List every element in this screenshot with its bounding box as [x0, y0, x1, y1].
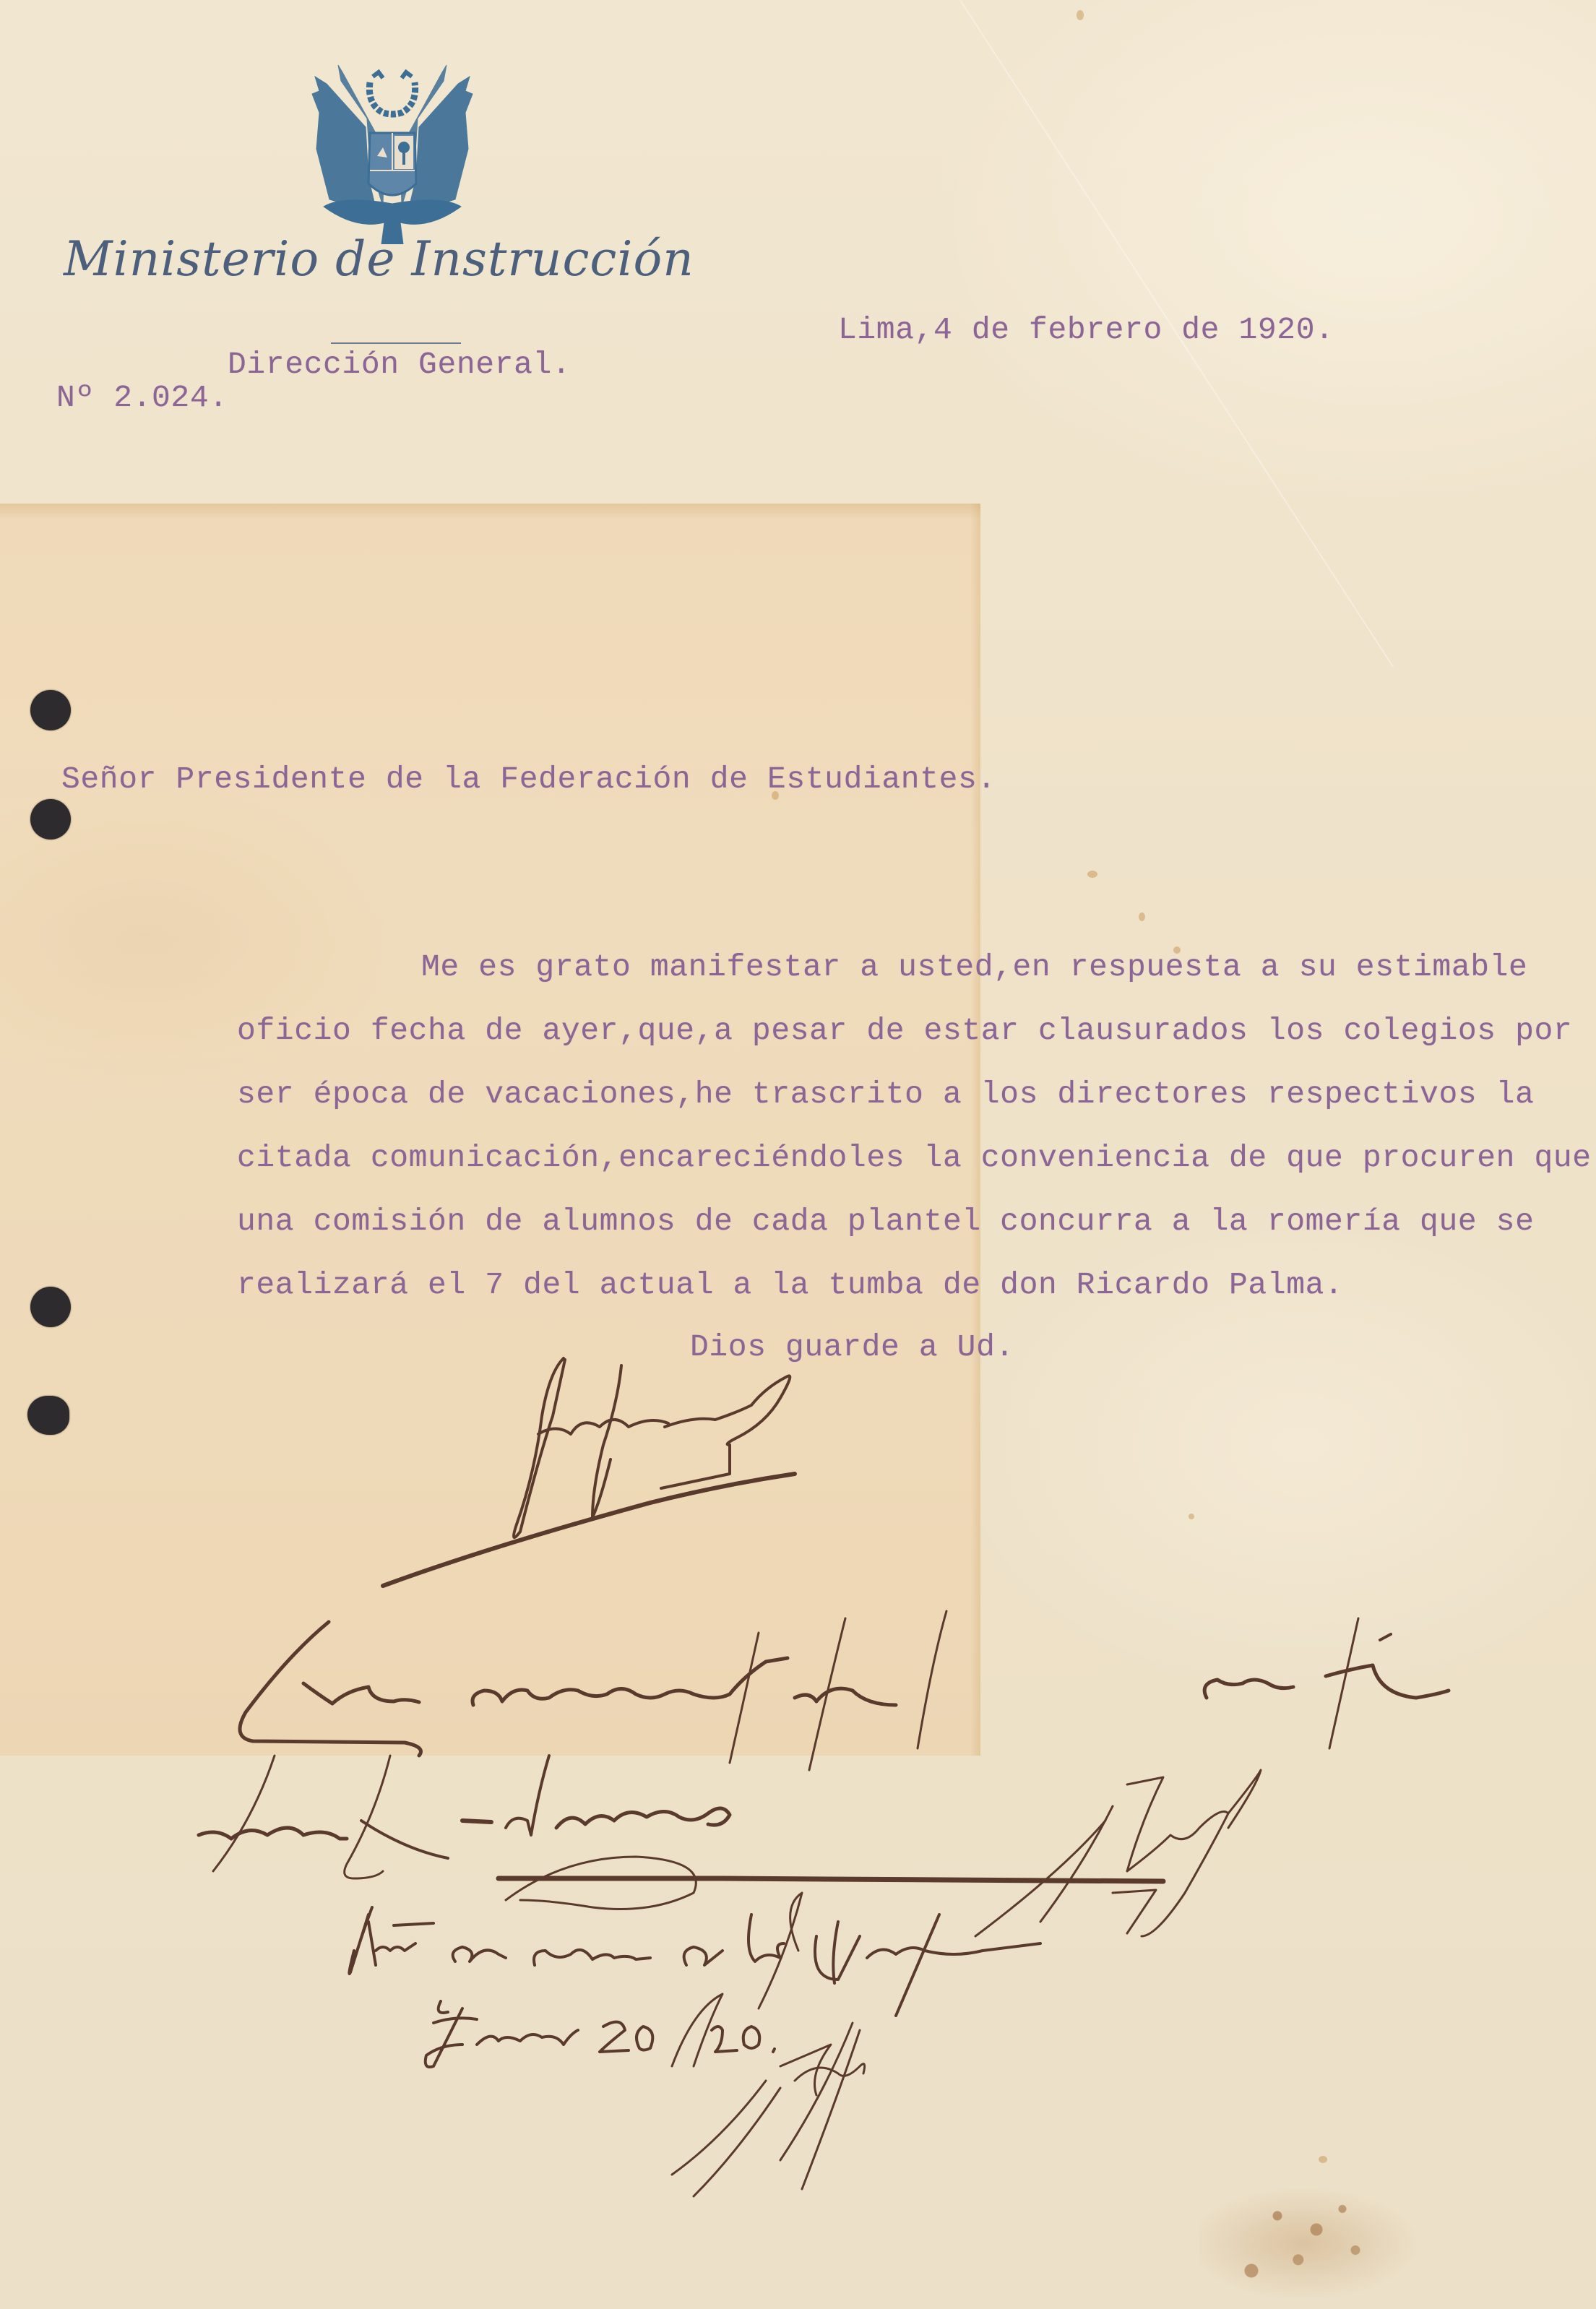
annotation-text-line3: Visto en sesión de la fecha	[347, 1915, 931, 1965]
annotation-text-line4: Febrero 20/920.	[426, 2001, 781, 2052]
annotation-text-line1: Con conocimiento del comité	[238, 1654, 1196, 1730]
signature-icon	[383, 1358, 795, 1586]
annotation-text-line2: federal — al archivo	[195, 1784, 786, 1852]
document-page: Ministerio de Instrucción Dirección Gene…	[0, 0, 1596, 2309]
